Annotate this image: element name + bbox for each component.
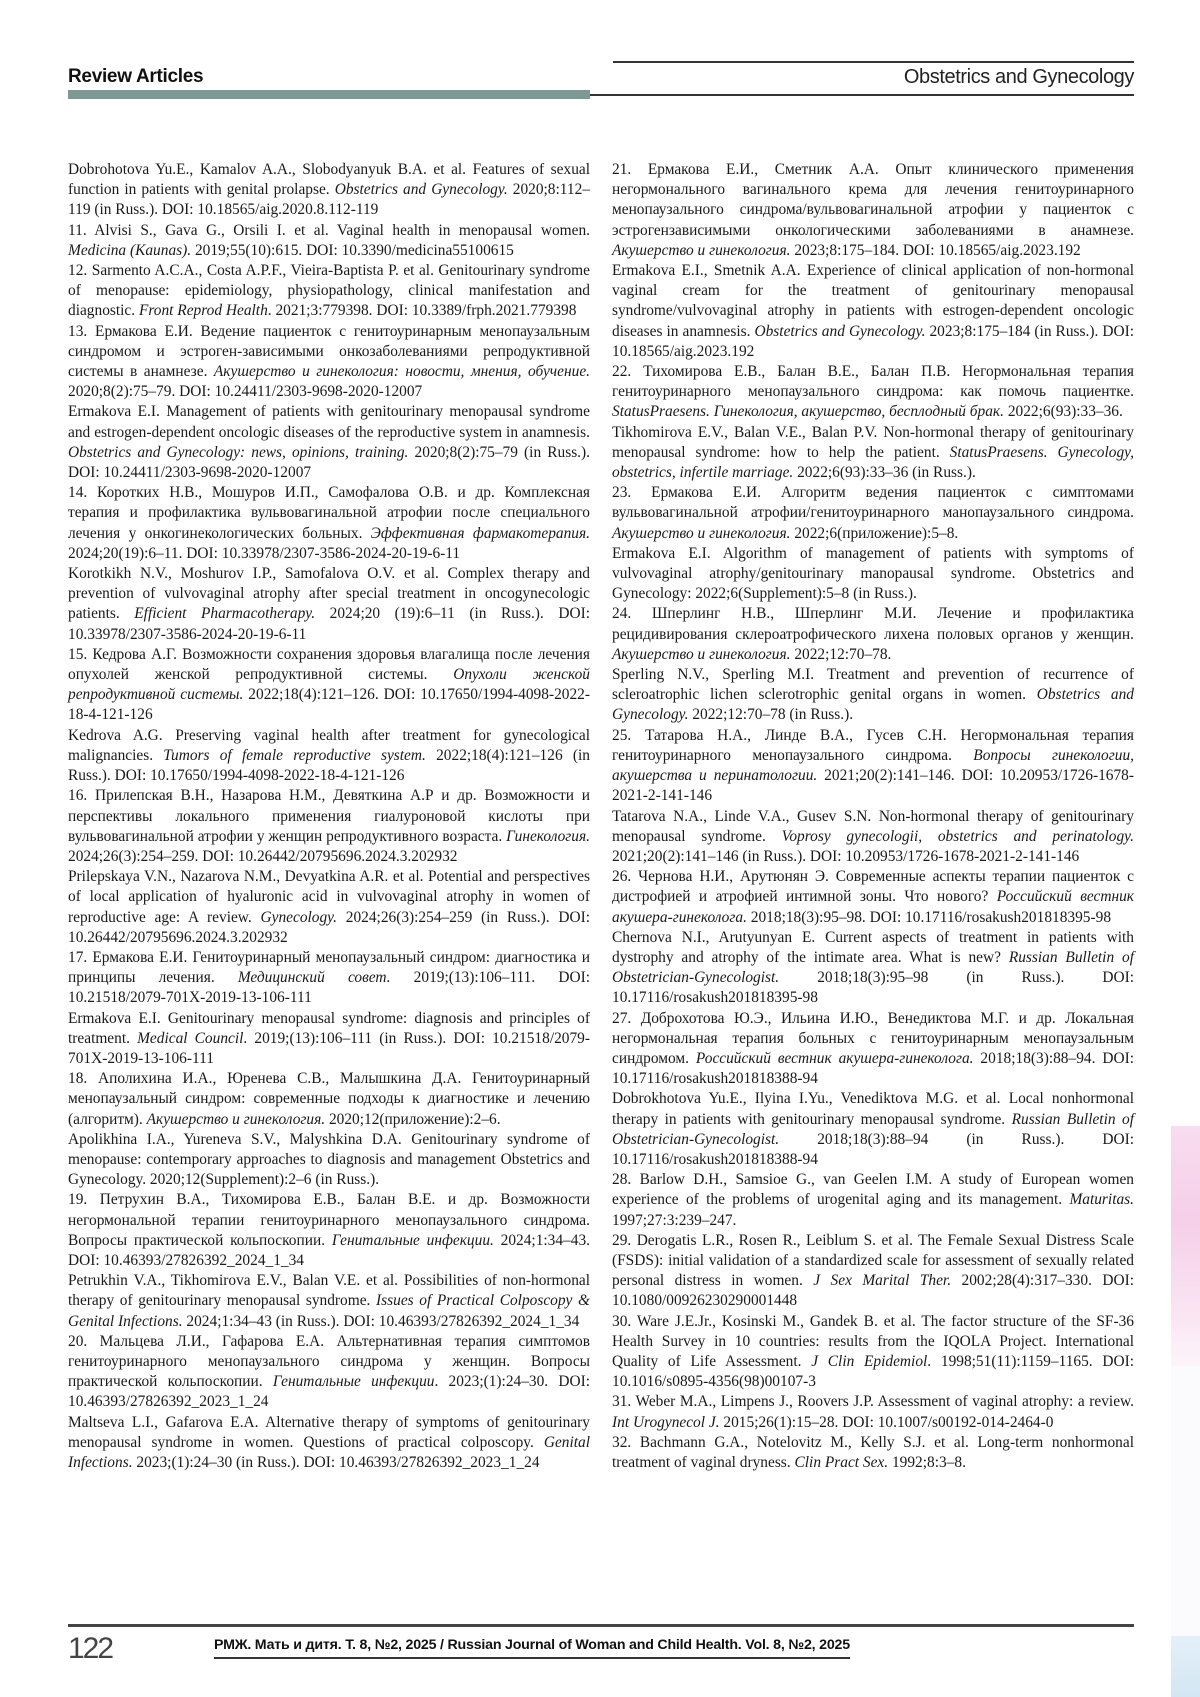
reference-details: 1997;27:3:239–247. bbox=[612, 1212, 736, 1229]
reference-journal: Акушерство и гинекология. bbox=[612, 242, 790, 259]
header-accent-bar bbox=[68, 90, 590, 99]
reference-entry: 29. Derogatis L.R., Rosen R., Leiblum S.… bbox=[612, 1231, 1134, 1312]
reference-journal: Гинекология. bbox=[506, 828, 590, 845]
reference-journal: Акушерство и гинекология. bbox=[612, 525, 790, 542]
reference-text: 24. Шперлинг Н.В., Шперлинг М.И. Лечение… bbox=[612, 605, 1134, 642]
reference-details: 1992;8:3–8. bbox=[888, 1454, 966, 1471]
reference-entry: 18. Аполихина И.А., Юренева С.В., Малышк… bbox=[68, 1069, 590, 1130]
reference-journal: Obstetrics and Gynecology. bbox=[755, 323, 926, 340]
reference-journal: Tumors of female reproductive system. bbox=[163, 747, 426, 764]
reference-entry: 23. Ермакова Е.И. Алгоритм ведения пацие… bbox=[612, 483, 1134, 544]
journal-section-title: Obstetrics and Gynecology bbox=[904, 66, 1134, 89]
reference-entry: 26. Чернова Н.И., Арутюнян Э. Современны… bbox=[612, 867, 1134, 928]
decorative-edge-fade bbox=[1171, 1366, 1200, 1636]
reference-entry: 25. Татарова Н.А., Линде В.А., Гусев С.Н… bbox=[612, 726, 1134, 807]
reference-journal: Генитальные инфекции. bbox=[332, 1232, 494, 1249]
reference-entry: 21. Ермакова Е.И., Сметник А.А. Опыт кли… bbox=[612, 160, 1134, 261]
reference-journal: J Clin Epidemiol bbox=[811, 1353, 927, 1370]
decorative-edge-image-blue bbox=[1171, 1636, 1200, 1697]
header-bottom-rule bbox=[590, 94, 1134, 96]
reference-details: 2024;1:34–43 (in Russ.). DOI: 10.46393/2… bbox=[183, 1313, 580, 1330]
reference-entry: 17. Ермакова Е.И. Генитоуринарный менопа… bbox=[68, 948, 590, 1009]
reference-entry: 19. Петрухин В.А., Тихомирова Е.В., Бала… bbox=[68, 1190, 590, 1271]
reference-details: 2022;12:70–78 (in Russ.). bbox=[689, 706, 854, 723]
reference-entry: 14. Коротких Н.В., Мошуров И.П., Самофал… bbox=[68, 483, 590, 564]
reference-text: Ermakova E.I. Algorithm of management of… bbox=[612, 545, 1134, 602]
reference-journal: Front Reprod Health bbox=[139, 302, 268, 319]
reference-entry: Ermakova E.I. Genitourinary menopausal s… bbox=[68, 1009, 590, 1070]
reference-details: 2022;12:70–78. bbox=[790, 646, 891, 663]
reference-journal: Medicina (Kaunas). bbox=[68, 242, 191, 259]
reference-entry: Ermakova E.I. Algorithm of management of… bbox=[612, 544, 1134, 605]
reference-text: Apolikhina I.A., Yureneva S.V., Malyshki… bbox=[68, 1131, 590, 1188]
reference-entry: Ermakova E.I., Smetnik A.A. Experience o… bbox=[612, 261, 1134, 362]
reference-entry: 27. Доброхотова Ю.Э., Ильина И.Ю., Венед… bbox=[612, 1009, 1134, 1090]
footer-journal-citation: РМЖ. Мать и дитя. Т. 8, №2, 2025 / Russi… bbox=[214, 1637, 850, 1659]
reference-entry: 12. Sarmento A.C.A., Costa A.P.F., Vieir… bbox=[68, 261, 590, 322]
reference-journal: Obstetrics and Gynecology. bbox=[335, 181, 508, 198]
reference-journal: J Sex Marital Ther. bbox=[813, 1272, 951, 1289]
page-number: 122 bbox=[68, 1632, 112, 1666]
reference-entry: Tikhomirova E.V., Balan V.E., Balan P.V.… bbox=[612, 423, 1134, 484]
reference-text: 31. Weber M.A., Limpens J., Roovers J.P.… bbox=[612, 1393, 1134, 1410]
reference-entry: Petrukhin V.A., Tikhomirova E.V., Balan … bbox=[68, 1271, 590, 1332]
reference-entry: 16. Прилепская В.Н., Назарова Н.М., Девя… bbox=[68, 786, 590, 867]
reference-journal: Clin Pract Sex. bbox=[795, 1454, 889, 1471]
reference-journal: Акушерство и гинекология: новости, мнени… bbox=[214, 363, 590, 380]
reference-entry: Kedrova A.G. Preserving vaginal health a… bbox=[68, 726, 590, 787]
reference-details: 2018;18(3):95–98. DOI: 10.17116/rosakush… bbox=[747, 909, 1111, 926]
reference-details: 2020;12(приложение):2–6. bbox=[325, 1111, 500, 1128]
header-top-rule bbox=[613, 61, 1134, 63]
reference-details: 2019;55(10):615. DOI: 10.3390/medicina55… bbox=[191, 242, 514, 259]
reference-journal: Int Urogynecol J. bbox=[612, 1414, 720, 1431]
reference-entry: Tatarova N.A., Linde V.A., Gusev S.N. No… bbox=[612, 807, 1134, 868]
references-left-column: Dobrohotova Yu.E., Kamalov A.A., Slobody… bbox=[68, 160, 590, 1473]
reference-text: 11. Alvisi S., Gava G., Orsili I. et al.… bbox=[68, 222, 590, 239]
reference-text: 22. Тихомирова Е.В., Балан В.Е., Балан П… bbox=[612, 363, 1134, 400]
reference-entry: 22. Тихомирова Е.В., Балан В.Е., Балан П… bbox=[612, 362, 1134, 423]
reference-details: 2022;6(93):33–36 (in Russ.). bbox=[793, 464, 976, 481]
reference-journal: StatusPraesens. Гинекология, акушерство,… bbox=[612, 403, 1004, 420]
reference-entry: 13. Ермакова Е.И. Ведение пациенток с ге… bbox=[68, 322, 590, 403]
reference-journal: Медицинский совет. bbox=[238, 969, 391, 986]
reference-journal: Эффективная фармакотерапия. bbox=[371, 525, 590, 542]
decorative-edge-image bbox=[1171, 1126, 1200, 1366]
reference-entry: Sperling N.V., Sperling M.I. Treatment a… bbox=[612, 665, 1134, 726]
reference-entry: Dobrohotova Yu.E., Kamalov A.A., Slobody… bbox=[68, 160, 590, 221]
reference-journal: Gynecology. bbox=[261, 909, 338, 926]
reference-details: 2022;6(приложение):5–8. bbox=[790, 525, 958, 542]
reference-entry: 24. Шперлинг Н.В., Шперлинг М.И. Лечение… bbox=[612, 604, 1134, 665]
reference-entry: Dobrokhotova Yu.E., Ilyina I.Yu., Venedi… bbox=[612, 1089, 1134, 1170]
reference-text: Ermakova E.I. Management of patients wit… bbox=[68, 403, 590, 440]
reference-details: 2021;20(2):141–146 (in Russ.). DOI: 10.2… bbox=[612, 848, 1079, 865]
reference-journal: Efficient Pharmacotherapy. bbox=[134, 605, 315, 622]
reference-entry: 20. Мальцева Л.И., Гафарова Е.А. Альтерн… bbox=[68, 1332, 590, 1413]
reference-journal: Obstetrics and Gynecology: news, opinion… bbox=[68, 444, 408, 461]
reference-text: 28. Barlow D.H., Samsioe G., van Geelen … bbox=[612, 1171, 1134, 1208]
reference-entry: 30. Ware J.E.Jr., Kosinski M., Gandek B.… bbox=[612, 1312, 1134, 1393]
reference-entry: Ermakova E.I. Management of patients wit… bbox=[68, 402, 590, 483]
reference-entry: 32. Bachmann G.A., Notelovitz M., Kelly … bbox=[612, 1433, 1134, 1473]
reference-entry: Chernova N.I., Arutyunyan E. Current asp… bbox=[612, 928, 1134, 1009]
footer-rule bbox=[68, 1624, 1134, 1627]
reference-journal: Генитальные инфекции bbox=[273, 1373, 435, 1390]
reference-journal: Российский вестник акушера-гинеколога. bbox=[696, 1050, 974, 1067]
reference-entry: 11. Alvisi S., Gava G., Orsili I. et al.… bbox=[68, 221, 590, 261]
reference-journal: Акушерство и гинекология. bbox=[147, 1111, 325, 1128]
reference-entry: Maltseva L.I., Gafarova E.A. Alternative… bbox=[68, 1413, 590, 1474]
section-title: Review Articles bbox=[68, 66, 203, 88]
reference-journal: Medical Council bbox=[137, 1030, 243, 1047]
reference-entry: Prilepskaya V.N., Nazarova N.M., Devyatk… bbox=[68, 867, 590, 948]
reference-text: 21. Ермакова Е.И., Сметник А.А. Опыт кли… bbox=[612, 161, 1134, 239]
reference-journal: Акушерство и гинекология. bbox=[612, 646, 790, 663]
reference-details: 2023;(1):24–30 (in Russ.). DOI: 10.46393… bbox=[133, 1454, 540, 1471]
reference-entry: 31. Weber M.A., Limpens J., Roovers J.P.… bbox=[612, 1392, 1134, 1432]
references-right-column: 21. Ермакова Е.И., Сметник А.А. Опыт кли… bbox=[612, 160, 1134, 1473]
reference-journal: Maturitas. bbox=[1069, 1191, 1134, 1208]
reference-details: 2024;20(19):6–11. DOI: 10.33978/2307-358… bbox=[68, 545, 460, 562]
reference-details: . 2021;3:779398. DOI: 10.3389/frph.2021.… bbox=[268, 302, 577, 319]
reference-details: 2015;26(1):15–28. DOI: 10.1007/s00192-01… bbox=[720, 1414, 1054, 1431]
reference-entry: 28. Barlow D.H., Samsioe G., van Geelen … bbox=[612, 1170, 1134, 1231]
reference-journal: Voprosy gynecologii, obstetrics and peri… bbox=[782, 828, 1134, 845]
reference-entry: 15. Кедрова А.Г. Возможности сохранения … bbox=[68, 645, 590, 726]
reference-details: 2022;6(93):33–36. bbox=[1004, 403, 1123, 420]
reference-text: 23. Ермакова Е.И. Алгоритм ведения пацие… bbox=[612, 484, 1134, 521]
reference-entry: Korotkikh N.V., Moshurov I.P., Samofalov… bbox=[68, 564, 590, 645]
reference-text: Maltseva L.I., Gafarova E.A. Alternative… bbox=[68, 1414, 590, 1451]
reference-details: 2024;26(3):254–259. DOI: 10.26442/207956… bbox=[68, 848, 457, 865]
reference-entry: Apolikhina I.A., Yureneva S.V., Malyshki… bbox=[68, 1130, 590, 1191]
reference-details: 2020;8(2):75–79. DOI: 10.24411/2303-9698… bbox=[68, 383, 422, 400]
reference-details: 2023;8:175–184. DOI: 10.18565/aig.2023.1… bbox=[790, 242, 1080, 259]
